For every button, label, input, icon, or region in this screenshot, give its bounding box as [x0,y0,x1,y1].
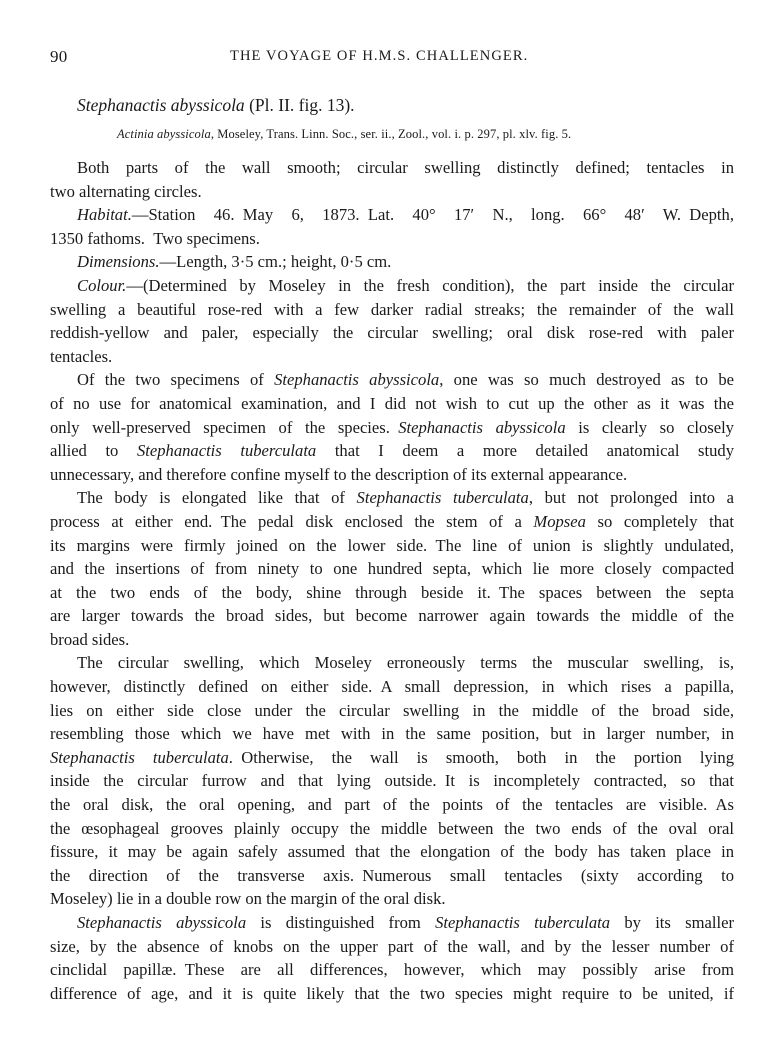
text-run: lies on either side close under the circ… [50,701,734,720]
paragraph: Both parts of the wall smooth; circular … [50,156,734,203]
text-line: the direction of the transverse axis. Nu… [50,864,734,888]
text-run: broad sides. [50,630,129,649]
text-line: reddish-yellow and paler, especially the… [50,321,734,345]
italic-text: Habitat. [77,205,132,224]
text-line: only well-preserved specimen of the spec… [50,416,734,440]
text-run: at the two ends of the body, shine throu… [50,583,734,602]
text-line: Both parts of the wall smooth; circular … [50,156,734,180]
italic-text: Dimensions. [77,252,160,271]
text-run: its margins were firmly joined on the lo… [50,536,734,555]
text-line: the œsophageal grooves plainly occupy th… [50,817,734,841]
text-run: the œsophageal grooves plainly occupy th… [50,819,734,838]
species-heading: Stephanactis abyssicola (Pl. II. fig. 13… [77,95,355,116]
text-line: allied to Stephanactis tuberculata that … [50,439,734,463]
text-run: —(Determined by Moseley in the fresh con… [126,276,734,295]
text-run: and the insertions of from ninety to one… [50,559,734,578]
italic-text: Stephanactis tuberculata [137,441,316,460]
text-run: only well-preserved specimen of the spec… [50,418,398,437]
text-run: The body is elongated like that of [77,488,357,507]
synonym-reference: , Moseley, Trans. Linn. Soc., ser. ii., … [211,127,571,141]
text-line: at the two ends of the body, shine throu… [50,581,734,605]
text-run: however, distinctly defined on either si… [50,677,734,696]
text-line: Colour.—(Determined by Moseley in the fr… [50,274,734,298]
italic-text: Stephanactis tuberculata [435,913,610,932]
text-run: the direction of the transverse axis. Nu… [50,866,734,885]
species-name: Stephanactis abyssicola [77,95,245,115]
paragraph: Of the two specimens of Stephanactis aby… [50,368,734,486]
text-line: The circular swelling, which Moseley err… [50,651,734,675]
paragraph: Dimensions.—Length, 3·5 cm.; height, 0·5… [50,250,734,274]
paragraph: Habitat.—Station 46. May 6, 1873. Lat. 4… [50,203,734,250]
text-run: Both parts of the wall smooth; circular … [77,158,734,177]
paragraph: Stephanactis abyssicola is distinguished… [50,911,734,1005]
text-line: process at either end. The pedal disk en… [50,510,734,534]
text-line: tentacles. [50,345,734,369]
text-run: the oral disk, the oral opening, and par… [50,795,734,814]
text-line: fissure, it may be again safely assumed … [50,840,734,864]
text-line: broad sides. [50,628,734,652]
italic-text: Stephanactis tuberculata [357,488,529,507]
text-run: size, by the absence of knobs on the upp… [50,937,734,956]
text-line: and the insertions of from ninety to one… [50,557,734,581]
italic-text: Stephanactis abyssicola [274,370,439,389]
italic-text: Stephanactis abyssicola [77,913,246,932]
text-line: however, distinctly defined on either si… [50,675,734,699]
paragraph: The circular swelling, which Moseley err… [50,651,734,911]
paragraph: The body is elongated like that of Steph… [50,486,734,651]
text-run: that I deem a more detailed anatomical s… [316,441,734,460]
page-number: 90 [50,47,68,67]
text-line: Stephanactis tuberculata. Otherwise, the… [50,746,734,770]
text-run: by its smaller [610,913,734,932]
text-run: —Length, 3·5 cm.; height, 0·5 cm. [160,252,392,271]
text-run: is distinguished from [246,913,435,932]
italic-text: Mopsea [533,512,586,531]
text-line: Stephanactis abyssicola is distinguished… [50,911,734,935]
text-run: 1350 fathoms. Two specimens. [50,229,260,248]
text-run: is clearly so closely [566,418,734,437]
text-line: cinclidal papillæ. These are all differe… [50,958,734,982]
text-run: are larger towards the broad sides, but … [50,606,734,625]
text-line: Moseley) lie in a double row on the marg… [50,887,734,911]
text-line: lies on either side close under the circ… [50,699,734,723]
text-run: so completely that [586,512,734,531]
text-line: its margins were firmly joined on the lo… [50,534,734,558]
text-run: unnecessary, and therefore confine mysel… [50,465,627,484]
body-text: Both parts of the wall smooth; circular … [50,156,734,1005]
text-line: are larger towards the broad sides, but … [50,604,734,628]
text-line: of no use for anatomical examination, an… [50,392,734,416]
text-line: size, by the absence of knobs on the upp… [50,935,734,959]
document-page: 90 THE VOYAGE OF H.M.S. CHALLENGER. Step… [0,0,776,1050]
italic-text: Colour. [77,276,126,295]
text-run: fissure, it may be again safely assumed … [50,842,734,861]
italic-text: Stephanactis abyssicola [398,418,565,437]
text-line: Of the two specimens of Stephanactis aby… [50,368,734,392]
text-line: difference of age, and it is quite likel… [50,982,734,1006]
text-line: Habitat.—Station 46. May 6, 1873. Lat. 4… [50,203,734,227]
text-line: inside the circular furrow and that lyin… [50,769,734,793]
running-title: THE VOYAGE OF H.M.S. CHALLENGER. [230,48,528,65]
text-run: —Station 46. May 6, 1873. Lat. 40° 17′ N… [132,205,734,224]
text-line: unnecessary, and therefore confine mysel… [50,463,734,487]
text-run: Of the two specimens of [77,370,274,389]
running-header: 90 THE VOYAGE OF H.M.S. CHALLENGER. [50,47,736,69]
text-run: tentacles. [50,347,112,366]
synonym-name: Actinia abyssicola [117,127,211,141]
text-run: two alternating circles. [50,182,202,201]
text-run: swelling a beautiful rose-red with a few… [50,300,734,319]
text-run: difference of age, and it is quite likel… [50,984,734,1003]
plate-reference: (Pl. II. fig. 13). [245,95,355,115]
text-run: allied to [50,441,137,460]
paragraph: Colour.—(Determined by Moseley in the fr… [50,274,734,368]
italic-text: Stephanactis tuberculata [50,748,229,767]
text-run: reddish-yellow and paler, especially the… [50,323,734,342]
text-line: the oral disk, the oral opening, and par… [50,793,734,817]
text-run: resembling those which we have met with … [50,724,734,743]
text-line: swelling a beautiful rose-red with a few… [50,298,734,322]
text-line: Dimensions.—Length, 3·5 cm.; height, 0·5… [50,250,734,274]
text-run: inside the circular furrow and that lyin… [50,771,734,790]
synonym-citation: Actinia abyssicola, Moseley, Trans. Linn… [117,127,571,142]
text-run: . Otherwise, the wall is smooth, both in… [229,748,734,767]
text-run: cinclidal papillæ. These are all differe… [50,960,734,979]
text-run: The circular swelling, which Moseley err… [77,653,734,672]
text-run: of no use for anatomical examination, an… [50,394,734,413]
text-line: 1350 fathoms. Two specimens. [50,227,734,251]
text-run: , but not prolonged into a [529,488,734,507]
text-run: , one was so much destroyed as to be [439,370,734,389]
text-line: resembling those which we have met with … [50,722,734,746]
text-run: process at either end. The pedal disk en… [50,512,533,531]
text-line: two alternating circles. [50,180,734,204]
text-line: The body is elongated like that of Steph… [50,486,734,510]
text-run: Moseley) lie in a double row on the marg… [50,889,446,908]
